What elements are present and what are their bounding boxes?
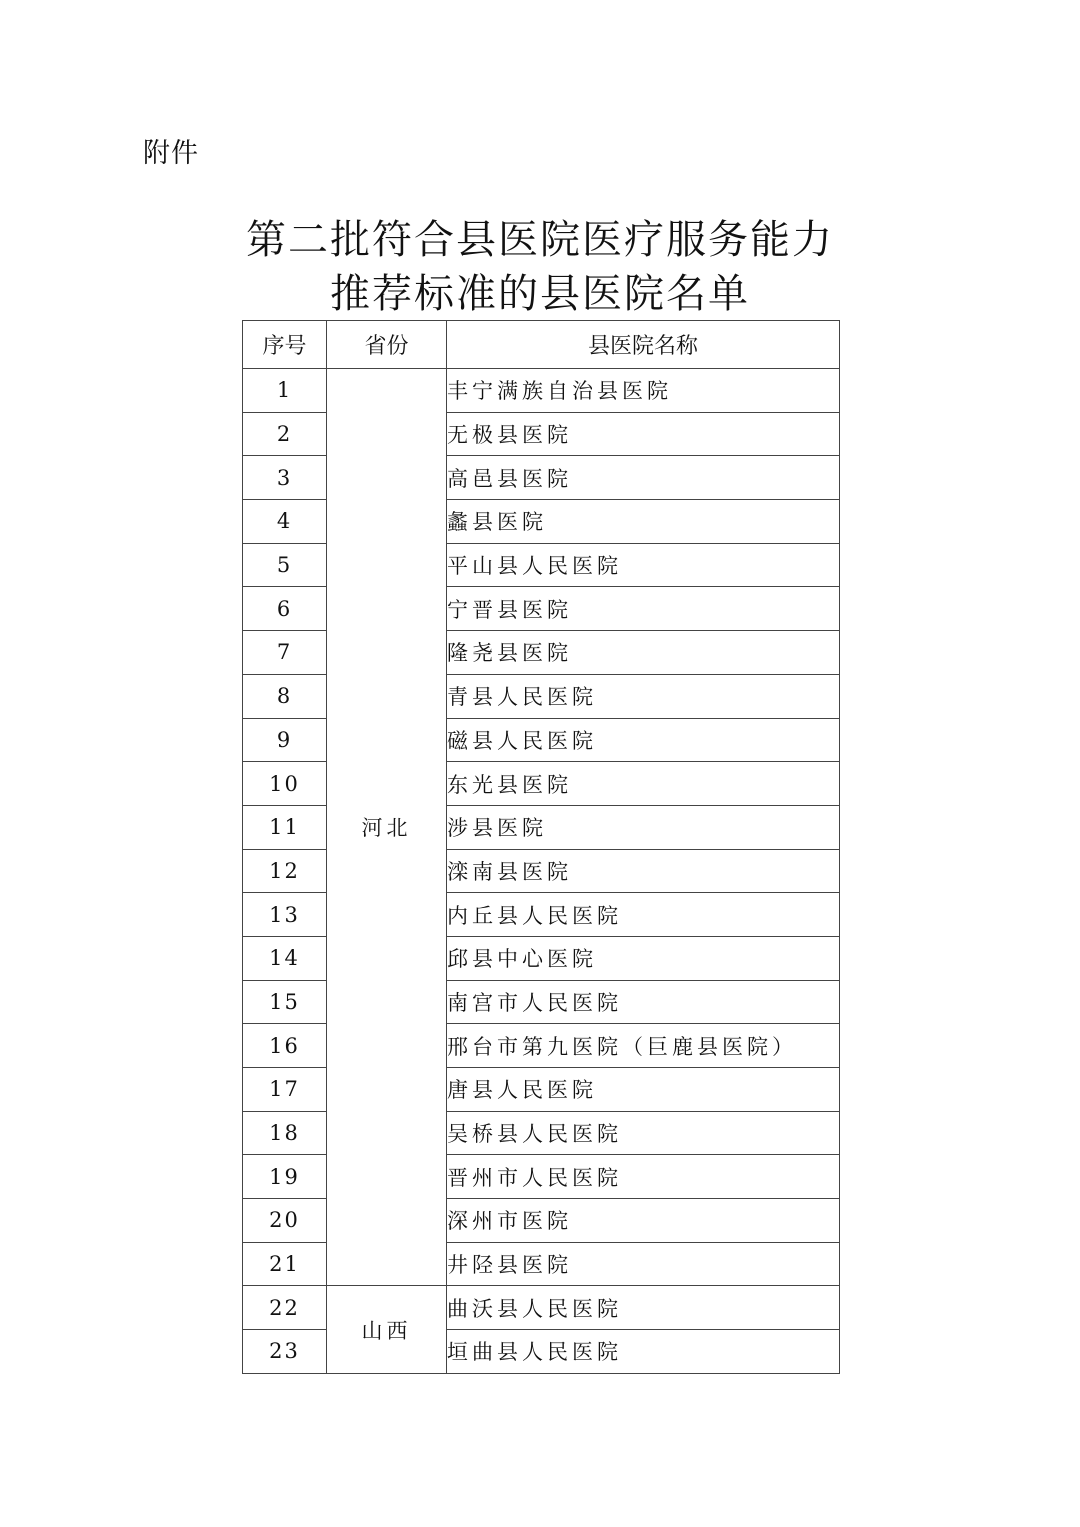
header-province: 省份 bbox=[327, 321, 447, 369]
row-index: 11 bbox=[243, 805, 327, 849]
hospital-name: 青县人民医院 bbox=[447, 674, 840, 718]
row-index: 19 bbox=[243, 1155, 327, 1199]
header-index: 序号 bbox=[243, 321, 327, 369]
hospital-name: 邱县中心医院 bbox=[447, 936, 840, 980]
row-index: 4 bbox=[243, 500, 327, 544]
hospital-name: 无极县医院 bbox=[447, 412, 840, 456]
row-index: 14 bbox=[243, 936, 327, 980]
hospital-name: 隆尧县医院 bbox=[447, 631, 840, 675]
row-index: 20 bbox=[243, 1199, 327, 1243]
row-index: 2 bbox=[243, 412, 327, 456]
hospital-name: 涉县医院 bbox=[447, 805, 840, 849]
attachment-label: 附件 bbox=[143, 131, 199, 170]
hospital-name: 井陉县医院 bbox=[447, 1242, 840, 1286]
hospital-name: 平山县人民医院 bbox=[447, 543, 840, 587]
row-index: 23 bbox=[243, 1330, 327, 1374]
hospital-name: 深州市医院 bbox=[447, 1199, 840, 1243]
hospital-name: 垣曲县人民医院 bbox=[447, 1330, 840, 1374]
province-cell: 山西 bbox=[327, 1286, 447, 1373]
row-index: 13 bbox=[243, 893, 327, 937]
row-index: 1 bbox=[243, 369, 327, 413]
table-row: 1河北丰宁满族自治县医院 bbox=[243, 369, 840, 413]
row-index: 17 bbox=[243, 1068, 327, 1112]
hospital-name: 晋州市人民医院 bbox=[447, 1155, 840, 1199]
hospital-name: 东光县医院 bbox=[447, 762, 840, 806]
row-index: 5 bbox=[243, 543, 327, 587]
hospital-name: 蠡县医院 bbox=[447, 500, 840, 544]
hospital-name: 丰宁满族自治县医院 bbox=[447, 369, 840, 413]
table-body: 1河北丰宁满族自治县医院2无极县医院3高邑县医院4蠡县医院5平山县人民医院6宁晋… bbox=[243, 369, 840, 1374]
hospital-name: 磁县人民医院 bbox=[447, 718, 840, 762]
hospital-name: 唐县人民医院 bbox=[447, 1068, 840, 1112]
row-index: 10 bbox=[243, 762, 327, 806]
row-index: 22 bbox=[243, 1286, 327, 1330]
row-index: 8 bbox=[243, 674, 327, 718]
document-title-line-2: 推荐标准的县医院名单 bbox=[0, 274, 1080, 314]
hospital-name: 邢台市第九医院（巨鹿县医院） bbox=[447, 1024, 840, 1068]
hospital-name: 高邑县医院 bbox=[447, 456, 840, 500]
hospital-name: 宁晋县医院 bbox=[447, 587, 840, 631]
row-index: 6 bbox=[243, 587, 327, 631]
row-index: 16 bbox=[243, 1024, 327, 1068]
row-index: 3 bbox=[243, 456, 327, 500]
row-index: 21 bbox=[243, 1242, 327, 1286]
row-index: 9 bbox=[243, 718, 327, 762]
hospital-name: 滦南县医院 bbox=[447, 849, 840, 893]
province-cell: 河北 bbox=[327, 369, 447, 1286]
hospital-name: 南宫市人民医院 bbox=[447, 980, 840, 1024]
hospital-name: 内丘县人民医院 bbox=[447, 893, 840, 937]
row-index: 18 bbox=[243, 1111, 327, 1155]
row-index: 7 bbox=[243, 631, 327, 675]
document-title-line-1: 第二批符合县医院医疗服务能力 bbox=[0, 220, 1080, 260]
hospital-name: 吴桥县人民医院 bbox=[447, 1111, 840, 1155]
table-header-row: 序号 省份 县医院名称 bbox=[243, 321, 840, 369]
header-hospital-name: 县医院名称 bbox=[447, 321, 840, 369]
row-index: 12 bbox=[243, 849, 327, 893]
row-index: 15 bbox=[243, 980, 327, 1024]
table-row: 22山西曲沃县人民医院 bbox=[243, 1286, 840, 1330]
hospital-list-table: 序号 省份 县医院名称 1河北丰宁满族自治县医院2无极县医院3高邑县医院4蠡县医… bbox=[242, 320, 840, 1374]
hospital-name: 曲沃县人民医院 bbox=[447, 1286, 840, 1330]
